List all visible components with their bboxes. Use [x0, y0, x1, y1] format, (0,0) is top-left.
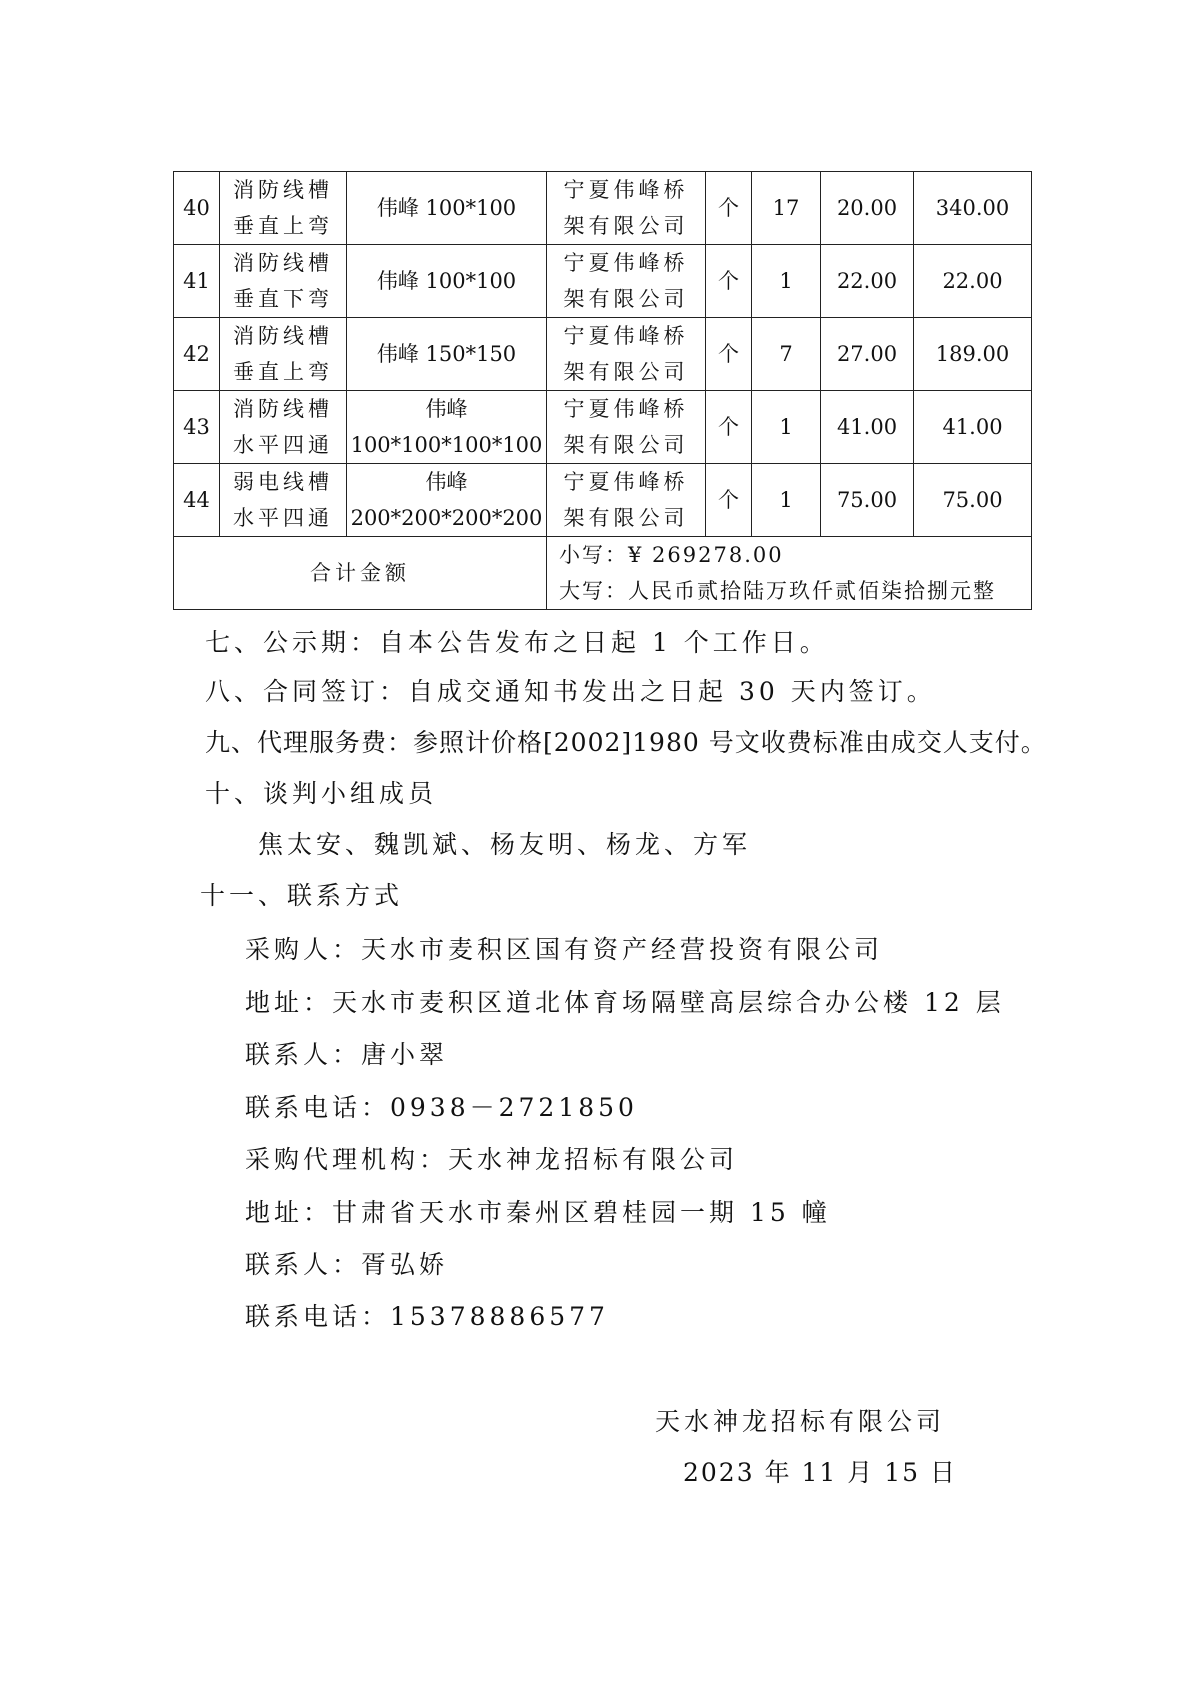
- cell-no: 40: [174, 172, 220, 245]
- cell-name: 弱电线槽水平四通: [220, 464, 347, 537]
- quantity: 17: [752, 190, 820, 226]
- spec-line-2: 200*200*200*200: [347, 500, 546, 536]
- supplier-line-1: 宁夏伟峰桥: [547, 172, 705, 208]
- quantity: 7: [752, 336, 820, 372]
- supplier-line-2: 架有限公司: [547, 208, 705, 244]
- unit: 个: [706, 263, 751, 299]
- cell-supplier: 宁夏伟峰桥架有限公司: [547, 464, 706, 537]
- supplier-line-1: 宁夏伟峰桥: [547, 391, 705, 427]
- section-7: 七、公示期：自本公告发布之日起 1 个工作日。: [205, 628, 829, 658]
- total-lower: 小写：¥ 269278.00: [559, 537, 1031, 573]
- table-row: 44弱电线槽水平四通伟峰200*200*200*200宁夏伟峰桥架有限公司个17…: [174, 464, 1032, 537]
- cell-name: 消防线槽垂直上弯: [220, 318, 347, 391]
- name-line-1: 消防线槽: [220, 318, 346, 354]
- cell-qty: 1: [752, 245, 821, 318]
- cell-spec: 伟峰 100*100: [347, 172, 547, 245]
- cell-unit: 个: [706, 391, 752, 464]
- cell-unit: 个: [706, 464, 752, 537]
- unit-price: 41.00: [821, 409, 913, 445]
- purchaser-contact: 联系人：唐小翠: [245, 1040, 448, 1070]
- row-number: 40: [174, 190, 219, 226]
- supplier-line-2: 架有限公司: [547, 500, 705, 536]
- quantity: 1: [752, 263, 820, 299]
- supplier-line-2: 架有限公司: [547, 354, 705, 390]
- supplier-line-2: 架有限公司: [547, 281, 705, 317]
- unit: 个: [706, 409, 751, 445]
- total-label: 合计金额: [174, 537, 547, 610]
- name-line-1: 消防线槽: [220, 245, 346, 281]
- amount: 41.00: [914, 409, 1031, 445]
- cell-amount: 75.00: [914, 464, 1032, 537]
- cell-no: 41: [174, 245, 220, 318]
- spec-line-1: 伟峰: [347, 464, 546, 500]
- cell-supplier: 宁夏伟峰桥架有限公司: [547, 391, 706, 464]
- table-row: 42消防线槽垂直上弯伟峰 150*150宁夏伟峰桥架有限公司个727.00189…: [174, 318, 1032, 391]
- cell-supplier: 宁夏伟峰桥架有限公司: [547, 318, 706, 391]
- row-number: 42: [174, 336, 219, 372]
- table-row: 43消防线槽水平四通伟峰100*100*100*100宁夏伟峰桥架有限公司个14…: [174, 391, 1032, 464]
- cell-spec: 伟峰200*200*200*200: [347, 464, 547, 537]
- row-number: 43: [174, 409, 219, 445]
- spec-line-1: 伟峰 150*150: [347, 336, 546, 372]
- cell-no: 44: [174, 464, 220, 537]
- cell-price: 27.00: [821, 318, 914, 391]
- cell-qty: 1: [752, 464, 821, 537]
- cell-spec: 伟峰 150*150: [347, 318, 547, 391]
- cell-name: 消防线槽垂直上弯: [220, 172, 347, 245]
- quantity: 1: [752, 409, 820, 445]
- name-line-1: 消防线槽: [220, 172, 346, 208]
- spec-line-1: 伟峰 100*100: [347, 263, 546, 299]
- unit: 个: [706, 336, 751, 372]
- supplier-line-1: 宁夏伟峰桥: [547, 318, 705, 354]
- table-row: 40消防线槽垂直上弯伟峰 100*100宁夏伟峰桥架有限公司个1720.0034…: [174, 172, 1032, 245]
- cell-unit: 个: [706, 245, 752, 318]
- total-amount: 小写：¥ 269278.00 大写：人民币贰拾陆万玖仟贰佰柒拾捌元整: [547, 537, 1032, 610]
- cell-no: 43: [174, 391, 220, 464]
- row-number: 44: [174, 482, 219, 518]
- amount: 75.00: [914, 482, 1031, 518]
- cell-name: 消防线槽水平四通: [220, 391, 347, 464]
- unit: 个: [706, 482, 751, 518]
- purchaser: 采购人：天水市麦积区国有资产经营投资有限公司: [245, 935, 883, 965]
- unit-price: 75.00: [821, 482, 913, 518]
- quantity: 1: [752, 482, 820, 518]
- section-9: 九、代理服务费：参照计价格[2002]1980 号文收费标准由成交人支付。: [205, 728, 1047, 758]
- cell-amount: 41.00: [914, 391, 1032, 464]
- total-row: 合计金额 小写：¥ 269278.00 大写：人民币贰拾陆万玖仟贰佰柒拾捌元整: [174, 537, 1032, 610]
- cell-name: 消防线槽垂直下弯: [220, 245, 347, 318]
- cell-no: 42: [174, 318, 220, 391]
- agency-contact: 联系人：胥弘娇: [245, 1250, 448, 1280]
- supplier-line-1: 宁夏伟峰桥: [547, 464, 705, 500]
- row-number: 41: [174, 263, 219, 299]
- amount: 340.00: [914, 190, 1031, 226]
- panel-members: 焦太安、魏凯斌、杨友明、杨龙、方军: [258, 830, 751, 860]
- cell-amount: 340.00: [914, 172, 1032, 245]
- signature-company: 天水神龙招标有限公司: [655, 1407, 945, 1437]
- section-10: 十、谈判小组成员: [205, 779, 437, 809]
- cell-amount: 22.00: [914, 245, 1032, 318]
- section-8: 八、合同签订：自成交通知书发出之日起 30 天内签订。: [205, 677, 936, 707]
- cell-price: 22.00: [821, 245, 914, 318]
- cell-qty: 17: [752, 172, 821, 245]
- section-11: 十一、联系方式: [200, 881, 403, 911]
- name-line-2: 水平四通: [220, 427, 346, 463]
- cell-qty: 7: [752, 318, 821, 391]
- signature-date: 2023 年 11 月 15 日: [683, 1458, 957, 1488]
- cell-amount: 189.00: [914, 318, 1032, 391]
- cell-price: 20.00: [821, 172, 914, 245]
- amount: 22.00: [914, 263, 1031, 299]
- cell-spec: 伟峰100*100*100*100: [347, 391, 547, 464]
- cell-price: 41.00: [821, 391, 914, 464]
- name-line-2: 垂直下弯: [220, 281, 346, 317]
- cell-spec: 伟峰 100*100: [347, 245, 547, 318]
- supplier-line-2: 架有限公司: [547, 427, 705, 463]
- name-line-2: 垂直上弯: [220, 208, 346, 244]
- cell-qty: 1: [752, 391, 821, 464]
- agency-phone: 联系电话：15378886577: [245, 1302, 609, 1332]
- agency-address: 地址：甘肃省天水市秦州区碧桂园一期 15 幢: [245, 1198, 831, 1228]
- spec-line-2: 100*100*100*100: [347, 427, 546, 463]
- table-row: 41消防线槽垂直下弯伟峰 100*100宁夏伟峰桥架有限公司个122.0022.…: [174, 245, 1032, 318]
- cell-price: 75.00: [821, 464, 914, 537]
- cell-unit: 个: [706, 172, 752, 245]
- cell-supplier: 宁夏伟峰桥架有限公司: [547, 172, 706, 245]
- spec-line-1: 伟峰 100*100: [347, 190, 546, 226]
- amount: 189.00: [914, 336, 1031, 372]
- name-line-2: 水平四通: [220, 500, 346, 536]
- name-line-2: 垂直上弯: [220, 354, 346, 390]
- cell-supplier: 宁夏伟峰桥架有限公司: [547, 245, 706, 318]
- unit-price: 20.00: [821, 190, 913, 226]
- supplier-line-1: 宁夏伟峰桥: [547, 245, 705, 281]
- purchaser-address: 地址：天水市麦积区道北体育场隔壁高层综合办公楼 12 层: [245, 988, 1005, 1018]
- agency: 采购代理机构：天水神龙招标有限公司: [245, 1145, 738, 1175]
- spec-line-1: 伟峰: [347, 391, 546, 427]
- total-upper: 大写：人民币贰拾陆万玖仟贰佰柒拾捌元整: [559, 573, 1031, 609]
- name-line-1: 弱电线槽: [220, 464, 346, 500]
- unit-price: 22.00: [821, 263, 913, 299]
- purchaser-phone: 联系电话：0938－2721850: [245, 1093, 638, 1123]
- cell-unit: 个: [706, 318, 752, 391]
- items-table: 40消防线槽垂直上弯伟峰 100*100宁夏伟峰桥架有限公司个1720.0034…: [173, 171, 1032, 610]
- unit-price: 27.00: [821, 336, 913, 372]
- unit: 个: [706, 190, 751, 226]
- name-line-1: 消防线槽: [220, 391, 346, 427]
